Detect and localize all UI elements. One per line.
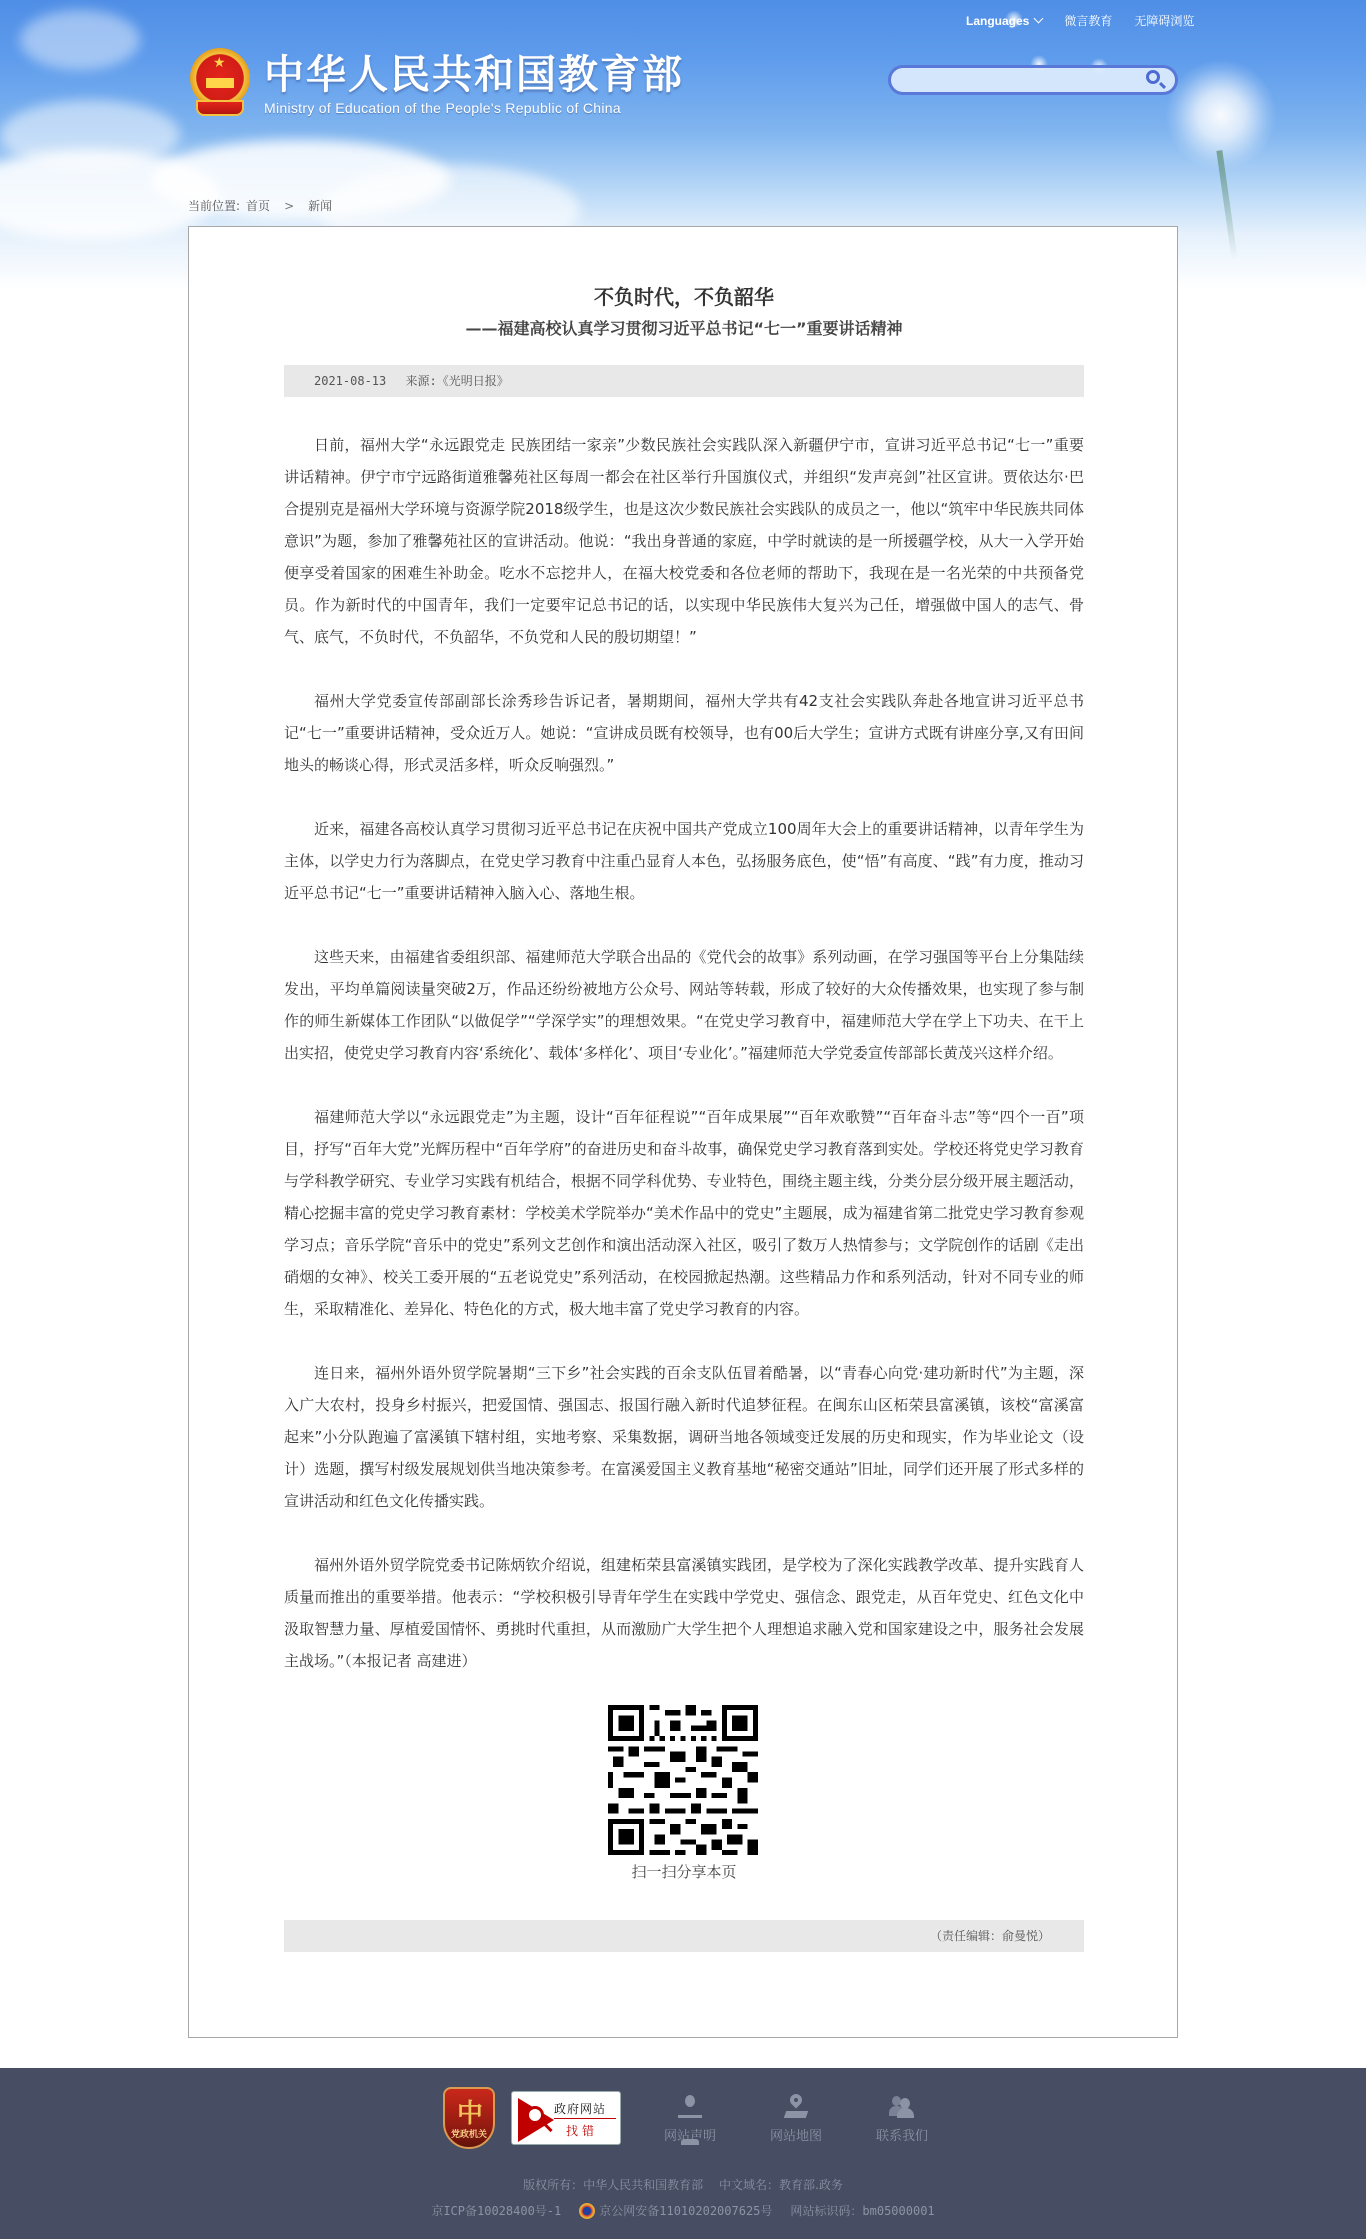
icp-link[interactable]: 京ICP备10028400号-1 — [431, 2202, 561, 2219]
footer-link-statement[interactable]: 网站声明 — [637, 2093, 743, 2144]
article-paragraph: 这些天来，由福建省委组织部、福建师范大学联合出品的《党代会的故事》系列动画，在学… — [284, 941, 1084, 1069]
cloud-decoration — [20, 10, 140, 70]
article-paragraph: 福州外语外贸学院党委书记陈炳钦介绍说，组建柘荣县富溪镇实践团，是学校为了深化实践… — [284, 1549, 1084, 1677]
search-icon[interactable] — [1143, 68, 1169, 92]
registration-line: 京ICP备10028400号-1 京公网安备11010202007625号 网站… — [0, 2202, 1366, 2219]
party-emblem-icon: 中 — [457, 2093, 483, 2130]
breadcrumb-label: 当前位置: — [188, 197, 240, 214]
ministry-name-cn: 中华人民共和国教育部 — [264, 52, 684, 98]
footer-links: 中 党政机关 政府网站 找错 网站声明 网站地图 联系我们 — [443, 2087, 955, 2149]
copyright-line: 版权所有：中华人民共和国教育部 中文域名：教育部.政务 — [0, 2176, 1366, 2193]
article-paragraph: 连日来，福州外语外贸学院暑期“三下乡”社会实践的百余支队伍冒着酷暑，以“青春心向… — [284, 1357, 1084, 1517]
article-meta: 2021-08-13 来源:《光明日报》 — [284, 365, 1084, 397]
police-badge-icon — [579, 2203, 595, 2219]
badge-label: 党政机关 — [443, 2127, 495, 2140]
site-id-text: 网站标识码：bm05000001 — [790, 2202, 934, 2219]
breadcrumb-news[interactable]: 新闻 — [308, 197, 332, 214]
police-record-text: 京公网安备11010202007625号 — [599, 2202, 772, 2219]
article: 不负时代，不负韶华 ——福建高校认真学习贯彻习近平总书记“七一”重要讲话精神 2… — [284, 227, 1084, 1952]
national-emblem-icon: ★ — [190, 48, 250, 120]
dandelion-decoration — [1106, 20, 1326, 220]
person-stamp-icon — [675, 2093, 705, 2121]
qr-code-icon — [608, 1705, 758, 1855]
party-government-badge[interactable]: 中 党政机关 — [443, 2087, 495, 2149]
article-paragraph: 福建师范大学以“永远跟党走”为主题，设计“百年征程说”“百年成果展”“百年欢歌赞… — [284, 1101, 1084, 1325]
languages-dropdown[interactable]: Languages — [966, 14, 1042, 28]
article-paragraph: 近来，福建各高校认真学习贯彻习近平总书记在庆祝中国共产党成立100周年大会上的重… — [284, 813, 1084, 909]
copyright-text: 版权所有：中华人民共和国教育部 — [523, 2178, 703, 2192]
find-error-title: 政府网站 — [554, 2100, 606, 2117]
site-logo[interactable]: ★ 中华人民共和国教育部 Ministry of Education of th… — [190, 48, 684, 120]
share-qr: 扫一扫分享本页 — [608, 1705, 760, 1882]
search-box — [888, 65, 1178, 95]
breadcrumb: 当前位置: 首页 > 新闻 — [188, 197, 332, 214]
qr-label: 扫一扫分享本页 — [608, 1861, 760, 1882]
footer-link-label: 网站地图 — [743, 2125, 849, 2144]
footer-link-contact[interactable]: 联系我们 — [849, 2093, 955, 2144]
top-links: Languages 微言教育 无障碍浏览 — [966, 12, 1194, 29]
police-record-link[interactable]: 京公网安备11010202007625号 — [579, 2202, 772, 2219]
find-error-subtitle: 找错 — [566, 2122, 598, 2139]
breadcrumb-home[interactable]: 首页 — [246, 197, 270, 214]
article-subtitle: ——福建高校认真学习贯彻习近平总书记“七一”重要讲话精神 — [284, 317, 1084, 341]
map-pin-icon — [781, 2093, 811, 2121]
weiyan-link[interactable]: 微言教育 — [1064, 12, 1112, 29]
editor-credit: （责任编辑：俞曼悦） — [284, 1920, 1084, 1952]
languages-label: Languages — [966, 14, 1029, 28]
magnifier-icon — [526, 2106, 544, 2124]
footer: 中 党政机关 政府网站 找错 网站声明 网站地图 联系我们 版权所有：中华人民共… — [0, 2068, 1366, 2239]
users-icon — [887, 2093, 917, 2121]
cloud-decoration — [0, 100, 180, 170]
article-date: 2021-08-13 — [314, 374, 386, 388]
article-paragraph: 日前，福州大学“永远跟党走 民族团结一家亲”少数民族社会实践队深入新疆伊宁市，宣… — [284, 429, 1084, 653]
article-body: 日前，福州大学“永远跟党走 民族团结一家亲”少数民族社会实践队深入新疆伊宁市，宣… — [284, 429, 1084, 1677]
chevron-down-icon — [1034, 14, 1044, 24]
accessible-browse-link[interactable]: 无障碍浏览 — [1134, 12, 1194, 29]
article-source: 来源:《光明日报》 — [405, 374, 508, 388]
footer-link-label: 联系我们 — [849, 2125, 955, 2144]
find-error-button[interactable]: 政府网站 找错 — [511, 2091, 621, 2145]
breadcrumb-separator: > — [284, 199, 294, 213]
article-paragraph: 福州大学党委宣传部副部长涂秀珍告诉记者，暑期期间，福州大学共有42支社会实践队奔… — [284, 685, 1084, 781]
ministry-name-en: Ministry of Education of the People's Re… — [264, 100, 684, 116]
domain-text: 中文域名：教育部.政务 — [719, 2178, 843, 2192]
article-container: 不负时代，不负韶华 ——福建高校认真学习贯彻习近平总书记“七一”重要讲话精神 2… — [188, 226, 1178, 2038]
search-input[interactable] — [891, 68, 1143, 92]
article-title: 不负时代，不负韶华 — [284, 283, 1084, 311]
footer-link-sitemap[interactable]: 网站地图 — [743, 2093, 849, 2144]
